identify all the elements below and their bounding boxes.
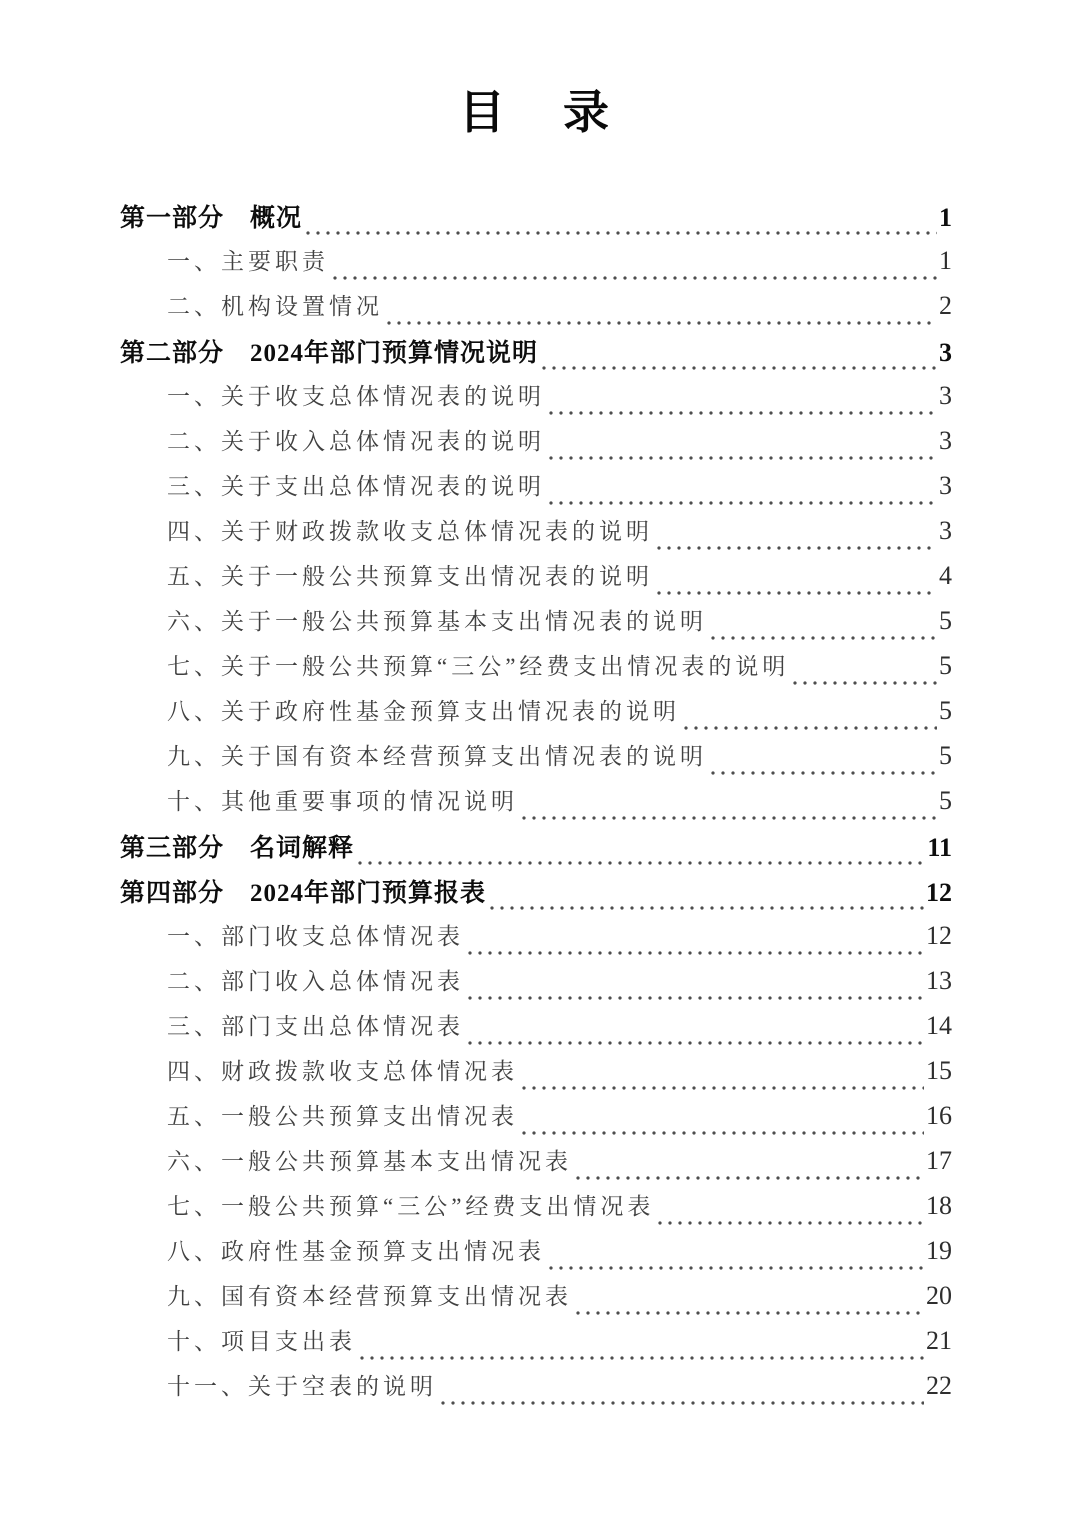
toc-entry-page-number: 3 (939, 381, 952, 411)
toc-item-row: 三、关于支出总体情况表的说明 3 (120, 468, 952, 513)
toc-item-row: 一、关于收支总体情况表的说明 3 (120, 378, 952, 423)
toc-entry-page-number: 5 (939, 741, 952, 771)
toc-entry-label: 第四部分 2024年部门预算报表 (120, 873, 486, 909)
toc-entry-label: 七、关于一般公共预算“三公”经费支出情况表的说明 (167, 648, 789, 681)
toc-leader-dots (522, 1129, 924, 1136)
toc-entry-label: 三、部门支出总体情况表 (167, 1008, 464, 1041)
toc-entry-page-number: 3 (939, 338, 952, 368)
toc-entry-label: 四、财政拨款收支总体情况表 (167, 1053, 518, 1086)
toc-entry-label: 十、其他重要事项的情况说明 (167, 783, 518, 816)
toc-entry-label: 十、项目支出表 (167, 1323, 356, 1356)
toc-entry-label: 二、关于收入总体情况表的说明 (167, 423, 545, 456)
toc-entry-label: 三、关于支出总体情况表的说明 (167, 468, 545, 501)
toc-leader-dots (793, 679, 937, 686)
toc-leader-dots (542, 364, 937, 371)
toc-entry-page-number: 12 (926, 921, 952, 951)
toc-entry-page-number: 11 (927, 833, 952, 863)
toc-item-row: 二、机构设置情况 2 (120, 288, 952, 333)
toc-entry-page-number: 3 (939, 516, 952, 546)
toc-entry-label: 第三部分 名词解释 (120, 828, 354, 864)
toc-leader-dots (333, 274, 937, 281)
toc-item-row: 三、部门支出总体情况表 14 (120, 1008, 952, 1053)
toc-entry-page-number: 13 (926, 966, 952, 996)
toc-entry-page-number: 4 (939, 561, 952, 591)
toc-item-row: 八、政府性基金预算支出情况表 19 (120, 1233, 952, 1278)
toc-entry-page-number: 15 (926, 1056, 952, 1086)
toc-leader-dots (576, 1174, 924, 1181)
toc-part-row: 第四部分 2024年部门预算报表 12 (120, 873, 952, 918)
toc-leader-dots (387, 319, 937, 326)
toc-entry-label: 十一、关于空表的说明 (167, 1368, 437, 1401)
toc-item-row: 二、关于收入总体情况表的说明 3 (120, 423, 952, 468)
toc-leader-dots (306, 229, 937, 236)
toc-entry-label: 九、国有资本经营预算支出情况表 (167, 1278, 572, 1311)
toc-leader-dots (684, 724, 937, 731)
toc-entry-page-number: 5 (939, 606, 952, 636)
toc-item-row: 十、项目支出表 21 (120, 1323, 952, 1368)
toc-item-row: 五、关于一般公共预算支出情况表的说明 4 (120, 558, 952, 603)
toc-leader-dots (658, 1219, 924, 1226)
toc-leader-dots (468, 949, 924, 956)
toc-entry-page-number: 20 (926, 1281, 952, 1311)
toc-entry-page-number: 18 (926, 1191, 952, 1221)
toc-list: 第一部分 概况 1 一、主要职责 1 二、机构设置情况 2 第二部分 2024年… (120, 198, 952, 1413)
toc-item-row: 六、一般公共预算基本支出情况表 17 (120, 1143, 952, 1188)
toc-entry-label: 九、关于国有资本经营预算支出情况表的说明 (167, 738, 707, 771)
toc-item-row: 五、一般公共预算支出情况表 16 (120, 1098, 952, 1143)
toc-leader-dots (576, 1309, 924, 1316)
toc-part-row: 第二部分 2024年部门预算情况说明 3 (120, 333, 952, 378)
toc-entry-label: 一、主要职责 (167, 243, 329, 276)
toc-entry-page-number: 17 (926, 1146, 952, 1176)
toc-leader-dots (657, 544, 937, 551)
toc-item-row: 四、财政拨款收支总体情况表 15 (120, 1053, 952, 1098)
toc-entry-page-number: 1 (939, 203, 952, 233)
toc-item-row: 六、关于一般公共预算基本支出情况表的说明 5 (120, 603, 952, 648)
toc-entry-page-number: 19 (926, 1236, 952, 1266)
toc-leader-dots (657, 589, 937, 596)
toc-item-row: 九、关于国有资本经营预算支出情况表的说明 5 (120, 738, 952, 783)
toc-item-row: 十一、关于空表的说明 22 (120, 1368, 952, 1413)
toc-leader-dots (711, 769, 937, 776)
toc-leader-dots (549, 1264, 924, 1271)
toc-leader-dots (549, 409, 937, 416)
toc-entry-label: 六、关于一般公共预算基本支出情况表的说明 (167, 603, 707, 636)
toc-entry-page-number: 22 (926, 1371, 952, 1401)
toc-item-row: 七、关于一般公共预算“三公”经费支出情况表的说明 5 (120, 648, 952, 693)
toc-item-row: 一、主要职责 1 (120, 243, 952, 288)
toc-entry-page-number: 14 (926, 1011, 952, 1041)
toc-entry-label: 八、政府性基金预算支出情况表 (167, 1233, 545, 1266)
toc-item-row: 二、部门收入总体情况表 13 (120, 963, 952, 1008)
toc-entry-label: 一、关于收支总体情况表的说明 (167, 378, 545, 411)
toc-leader-dots (468, 994, 924, 1001)
toc-entry-page-number: 3 (939, 426, 952, 456)
toc-leader-dots (522, 814, 937, 821)
toc-part-row: 第一部分 概况 1 (120, 198, 952, 243)
toc-item-row: 九、国有资本经营预算支出情况表 20 (120, 1278, 952, 1323)
toc-entry-page-number: 5 (939, 696, 952, 726)
toc-leader-dots (711, 634, 937, 641)
toc-entry-label: 一、部门收支总体情况表 (167, 918, 464, 951)
toc-entry-label: 四、关于财政拨款收支总体情况表的说明 (167, 513, 653, 546)
toc-entry-page-number: 12 (926, 878, 952, 908)
toc-item-row: 十、其他重要事项的情况说明 5 (120, 783, 952, 828)
document-page: 目 录 第一部分 概况 1 一、主要职责 1 二、机构设置情况 2 第二部分 2… (0, 0, 1074, 1520)
toc-leader-dots (441, 1399, 924, 1406)
toc-item-row: 四、关于财政拨款收支总体情况表的说明 3 (120, 513, 952, 558)
toc-entry-page-number: 5 (939, 651, 952, 681)
toc-entry-label: 二、机构设置情况 (167, 288, 383, 321)
toc-entry-label: 五、关于一般公共预算支出情况表的说明 (167, 558, 653, 591)
toc-entry-page-number: 5 (939, 786, 952, 816)
toc-entry-page-number: 3 (939, 471, 952, 501)
toc-item-row: 七、一般公共预算“三公”经费支出情况表 18 (120, 1188, 952, 1233)
toc-part-row: 第三部分 名词解释 11 (120, 828, 952, 873)
toc-leader-dots (490, 904, 924, 911)
page-title: 目 录 (0, 0, 1074, 142)
toc-leader-dots (522, 1084, 924, 1091)
toc-leader-dots (549, 499, 937, 506)
toc-entry-page-number: 1 (939, 246, 952, 276)
toc-entry-page-number: 16 (926, 1101, 952, 1131)
toc-leader-dots (358, 859, 925, 866)
toc-item-row: 八、关于政府性基金预算支出情况表的说明 5 (120, 693, 952, 738)
toc-entry-label: 六、一般公共预算基本支出情况表 (167, 1143, 572, 1176)
toc-entry-label: 第二部分 2024年部门预算情况说明 (120, 333, 538, 369)
toc-entry-page-number: 2 (939, 291, 952, 321)
toc-entry-label: 七、一般公共预算“三公”经费支出情况表 (167, 1188, 654, 1221)
toc-leader-dots (360, 1354, 924, 1361)
toc-entry-label: 第一部分 概况 (120, 198, 302, 234)
toc-leader-dots (468, 1039, 924, 1046)
toc-item-row: 一、部门收支总体情况表 12 (120, 918, 952, 963)
toc-entry-page-number: 21 (926, 1326, 952, 1356)
toc-entry-label: 二、部门收入总体情况表 (167, 963, 464, 996)
toc-leader-dots (549, 454, 937, 461)
toc-entry-label: 五、一般公共预算支出情况表 (167, 1098, 518, 1131)
toc-entry-label: 八、关于政府性基金预算支出情况表的说明 (167, 693, 680, 726)
